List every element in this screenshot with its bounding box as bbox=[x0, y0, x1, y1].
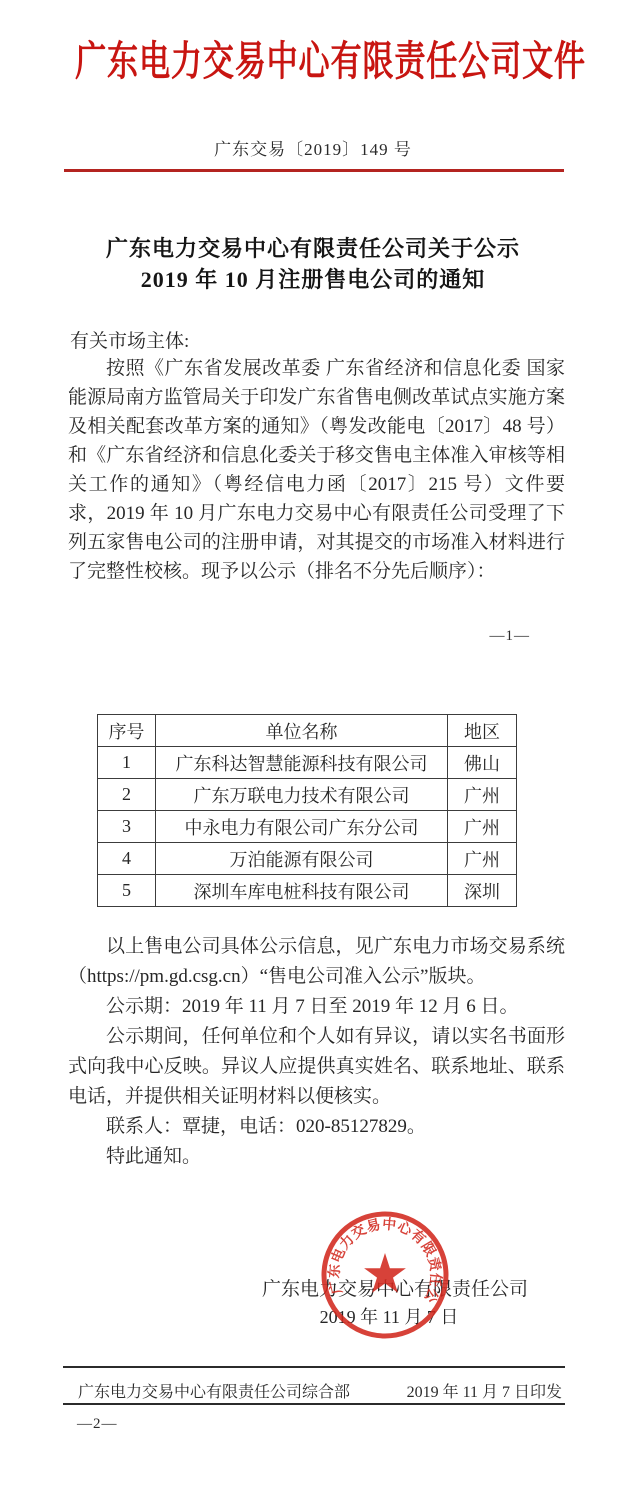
body-paragraph-5: 联系人：覃捷，电话：020-85127829。 bbox=[68, 1112, 565, 1142]
table-cell-region: 深圳 bbox=[448, 875, 517, 907]
body-paragraph-2: 以上售电公司具体公示信息，见广东电力市场交易系统（https://pm.gd.c… bbox=[68, 932, 565, 992]
table-header-region: 地区 bbox=[448, 715, 517, 747]
document-header-title: 广东电力交易中心有限责任公司文件 bbox=[75, 28, 551, 87]
table-cell-company-name: 万泊能源有限公司 bbox=[155, 843, 447, 875]
body-paragraph-block-1: 按照《广东省发展改革委 广东省经济和信息化委 国家能源局南方监管局关于印发广东省… bbox=[68, 354, 565, 586]
company-table: 序号 单位名称 地区 1 广东科达智慧能源科技有限公司 佛山 2 广东万联电力技… bbox=[97, 714, 517, 907]
body-paragraph-1: 按照《广东省发展改革委 广东省经济和信息化委 国家能源局南方监管局关于印发广东省… bbox=[68, 354, 565, 586]
page-number-2: —2— bbox=[77, 1416, 118, 1433]
footer-print-date: 2019 年 11 月 7 日印发 bbox=[407, 1379, 565, 1402]
body-paragraph-4: 公示期间，任何单位和个人如有异议，请以实名书面形式向我中心反映。异议人应提供真实… bbox=[68, 1022, 565, 1112]
table-row: 4 万泊能源有限公司 广州 bbox=[98, 843, 517, 875]
footer-divider-top bbox=[63, 1366, 565, 1368]
table-row: 5 深圳车库电桩科技有限公司 深圳 bbox=[98, 875, 517, 907]
document-page: 广东电力交易中心有限责任公司文件 广东交易〔2019〕149 号 广东电力交易中… bbox=[0, 0, 626, 1485]
signature-company-name: 广东电力交易中心有限责任公司 bbox=[262, 1274, 524, 1301]
table-cell-index: 5 bbox=[98, 875, 156, 907]
table-cell-index: 1 bbox=[98, 747, 156, 779]
table-cell-region: 广州 bbox=[448, 779, 517, 811]
footer-divider-bottom bbox=[63, 1403, 565, 1405]
table-cell-index: 3 bbox=[98, 811, 156, 843]
body-paragraph-block-2: 以上售电公司具体公示信息，见广东电力市场交易系统（https://pm.gd.c… bbox=[68, 932, 565, 1172]
table-row: 1 广东科达智慧能源科技有限公司 佛山 bbox=[98, 747, 517, 779]
table-cell-index: 2 bbox=[98, 779, 156, 811]
table-cell-company-name: 广东万联电力技术有限公司 bbox=[155, 779, 447, 811]
table-cell-region: 广州 bbox=[448, 843, 517, 875]
footer-issuer: 广东电力交易中心有限责任公司综合部 bbox=[63, 1379, 350, 1402]
table-cell-company-name: 深圳车库电桩科技有限公司 bbox=[155, 875, 447, 907]
body-paragraph-6: 特此通知。 bbox=[68, 1142, 565, 1172]
table-cell-region: 佛山 bbox=[448, 747, 517, 779]
document-title: 广东电力交易中心有限责任公司关于公示 2019 年 10 月注册售电公司的通知 bbox=[0, 233, 626, 295]
document-title-line2: 2019 年 10 月注册售电公司的通知 bbox=[0, 264, 626, 295]
salutation-text: 有关市场主体: bbox=[70, 326, 189, 353]
table-cell-company-name: 中永电力有限公司广东分公司 bbox=[155, 811, 447, 843]
table-row: 2 广东万联电力技术有限公司 广州 bbox=[98, 779, 517, 811]
table-row: 3 中永电力有限公司广东分公司 广州 bbox=[98, 811, 517, 843]
page-number-1: —1— bbox=[490, 628, 531, 645]
table-cell-region: 广州 bbox=[448, 811, 517, 843]
table-header-index: 序号 bbox=[98, 715, 156, 747]
table-cell-company-name: 广东科达智慧能源科技有限公司 bbox=[155, 747, 447, 779]
table-header-company-name: 单位名称 bbox=[155, 715, 447, 747]
table-cell-index: 4 bbox=[98, 843, 156, 875]
signature-date: 2019 年 11 月 7 日 bbox=[289, 1303, 489, 1329]
footer-row: 广东电力交易中心有限责任公司综合部 2019 年 11 月 7 日印发 bbox=[63, 1379, 565, 1402]
body-paragraph-3: 公示期：2019 年 11 月 7 日至 2019 年 12 月 6 日。 bbox=[68, 992, 565, 1022]
document-title-line1: 广东电力交易中心有限责任公司关于公示 bbox=[0, 233, 626, 264]
table-header-row: 序号 单位名称 地区 bbox=[98, 715, 517, 747]
document-number: 广东交易〔2019〕149 号 bbox=[0, 135, 626, 160]
red-divider-line bbox=[64, 169, 564, 172]
